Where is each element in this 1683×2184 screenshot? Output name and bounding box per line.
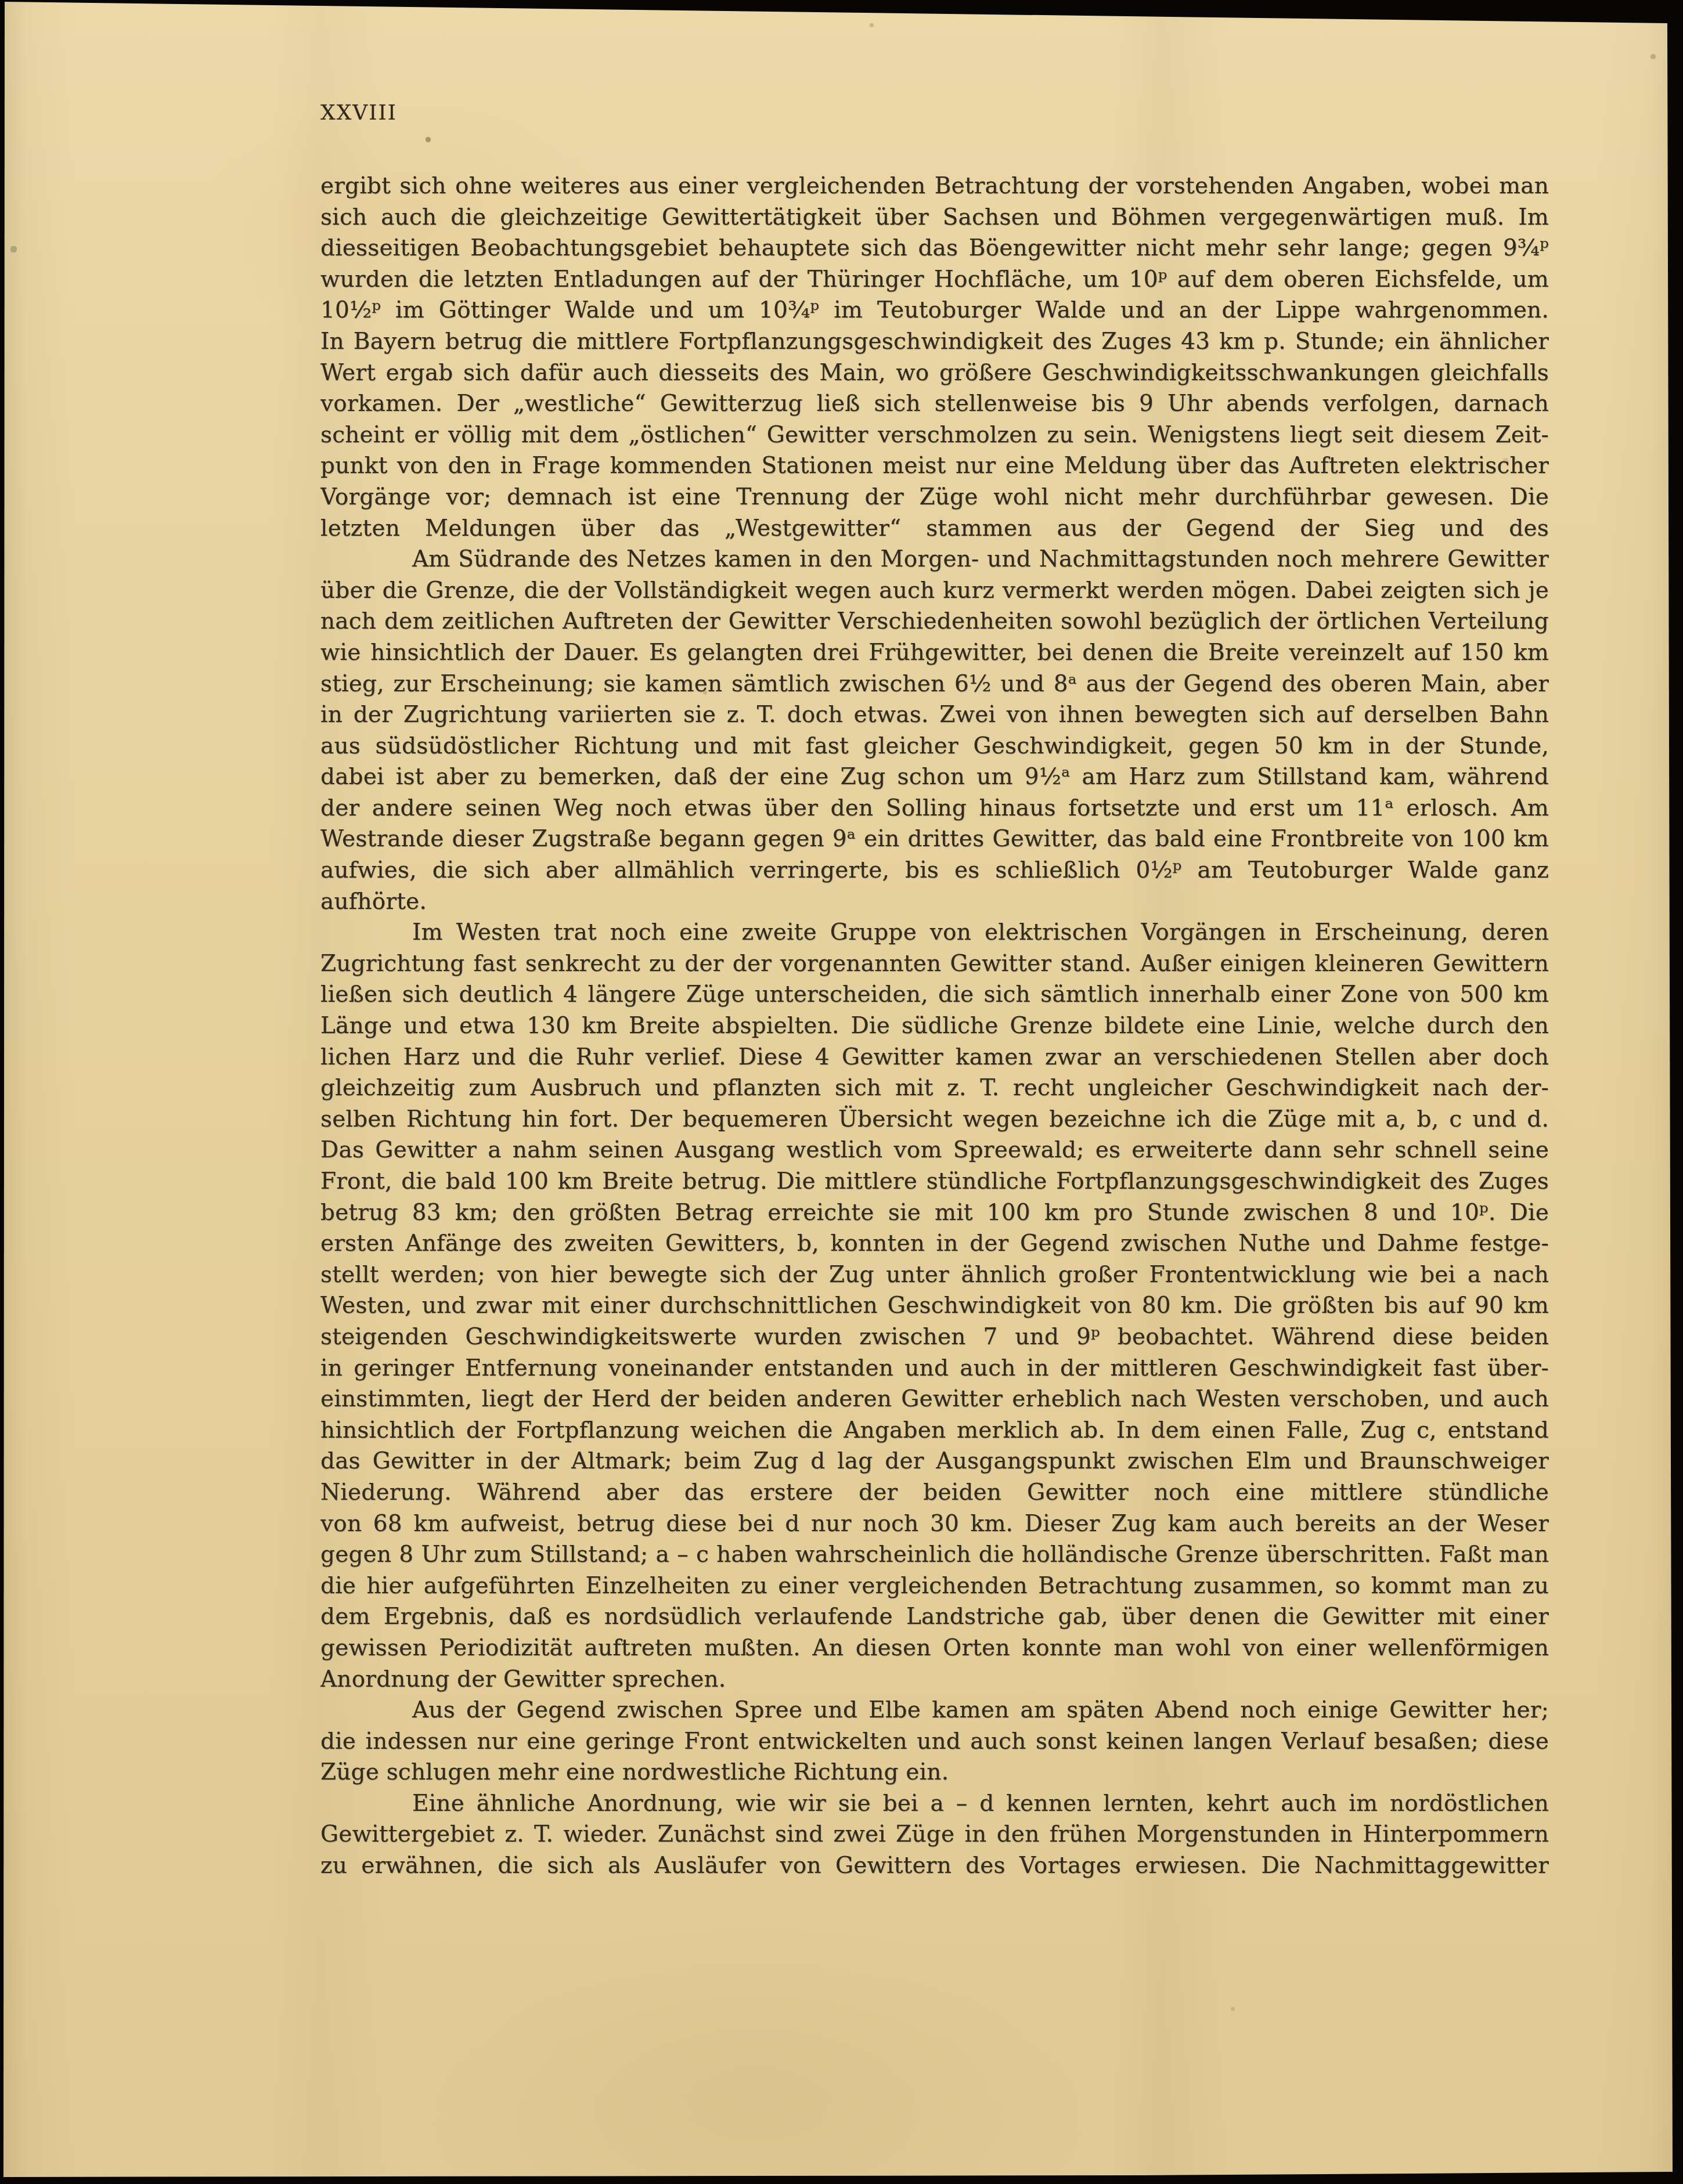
text-line: über die Grenze, die der Vollständigkeit…	[320, 575, 1549, 607]
text-line: in der Zugrichtung variierten sie z. T. …	[320, 699, 1549, 731]
text-line: wurden die letzten Entladungen auf der T…	[320, 264, 1549, 295]
text-line: dem Ergebnis, daß es nordsüdlich verlauf…	[320, 1601, 1549, 1633]
text-line: nach dem zeitlichen Auftreten der Gewitt…	[320, 606, 1549, 637]
text-line: einstimmten, liegt der Herd der beiden a…	[320, 1384, 1549, 1415]
text-line: lichen Harz und die Ruhr verlief. Diese …	[320, 1042, 1549, 1073]
text-line: Vorgänge vor; demnach ist eine Trennung …	[320, 482, 1549, 513]
text-line: zu erwähnen, die sich als Ausläufer von …	[320, 1850, 1549, 1882]
text-line: hinsichtlich der Fortpflanzung weichen d…	[320, 1415, 1549, 1446]
text-line: 10¹⁄₂ᵖ im Göttinger Walde und um 10³⁄₄ᵖ …	[320, 295, 1549, 326]
text-line: stellt werden; von hier bewegte sich der…	[320, 1259, 1549, 1291]
text-line: Das Gewitter a nahm seinen Ausgang westl…	[320, 1135, 1549, 1166]
text-line: aufwies, die sich aber allmählich verrin…	[320, 855, 1549, 886]
text-line: Zugrichtung fast senkrecht zu der der vo…	[320, 948, 1549, 980]
text-line: steigenden Geschwindigkeitswerte wurden …	[320, 1322, 1549, 1353]
text-line: Westen, und zwar mit einer durchschnittl…	[320, 1290, 1549, 1322]
text-line: Im Westen trat noch eine zweite Gruppe v…	[320, 917, 1549, 948]
text-line: punkt von den in Frage kommenden Station…	[320, 450, 1549, 482]
text-line: scheint er völlig mit dem „östlichen“ Ge…	[320, 420, 1549, 451]
text-line: das Gewitter in der Altmark; beim Zug d …	[320, 1446, 1549, 1477]
text-line: ließen sich deutlich 4 längere Züge unte…	[320, 979, 1549, 1010]
text-line: stieg, zur Erscheinung; sie kamen sämtli…	[320, 669, 1549, 700]
text-line: aus südsüdöstlicher Richtung und mit fas…	[320, 731, 1549, 762]
text-line: Front, die bald 100 km Breite betrug. Di…	[320, 1166, 1549, 1197]
text-line: gegen 8 Uhr zum Stillstand; a – c haben …	[320, 1539, 1549, 1571]
text-line: gleichzeitig zum Ausbruch und pflanzten …	[320, 1073, 1549, 1104]
text-body: ergibt sich ohne weiteres aus einer verg…	[320, 171, 1549, 1882]
paper-speck	[0, 0, 2, 2]
text-line: ergibt sich ohne weiteres aus einer verg…	[320, 171, 1549, 202]
text-line: Am Südrande des Netzes kamen in den Morg…	[320, 544, 1549, 575]
text-line: wie hinsichtlich der Dauer. Es gelangten…	[320, 637, 1549, 669]
text-line: Länge und etwa 130 km Breite abspielten.…	[320, 1010, 1549, 1042]
text-line: letzten Meldungen über das „Westgewitter…	[320, 513, 1549, 544]
text-line: die hier aufgeführten Einzelheiten zu ei…	[320, 1571, 1549, 1602]
text-line: Wert ergab sich dafür auch diesseits des…	[320, 358, 1549, 389]
text-line: dabei ist aber zu bemerken, daß der eine…	[320, 761, 1549, 793]
text-line: sich auch die gleichzeitige Gewittertäti…	[320, 202, 1549, 233]
text-line: in geringer Entfernung voneinander entst…	[320, 1353, 1549, 1384]
text-line: gewissen Periodizität auftreten mußten. …	[320, 1633, 1549, 1664]
text-line: Niederung. Während aber das erstere der …	[320, 1477, 1549, 1508]
text-line: betrug 83 km; den größten Betrag erreich…	[320, 1197, 1549, 1229]
text-line: Westrande dieser Zugstraße begann gegen …	[320, 824, 1549, 855]
text-line: der andere seinen Weg noch etwas über de…	[320, 793, 1549, 824]
scan-background: { "page": { "number": "XXVIII", "paper_c…	[0, 0, 1683, 2184]
text-line: aufhörte.	[320, 886, 1549, 918]
text-line: Eine ähnliche Anordnung, wie wir sie bei…	[320, 1788, 1549, 1820]
text-line: selben Richtung hin fort. Der bequemeren…	[320, 1104, 1549, 1135]
text-line: vorkamen. Der „westliche“ Gewitterzug li…	[320, 388, 1549, 420]
text-line: von 68 km aufweist, betrug diese bei d n…	[320, 1508, 1549, 1540]
text-line: Gewittergebiet z. T. wieder. Zunächst si…	[320, 1819, 1549, 1850]
text-line: Aus der Gegend zwischen Spree und Elbe k…	[320, 1695, 1549, 1726]
text-line: Züge schlugen mehr eine nordwestliche Ri…	[320, 1757, 1549, 1788]
text-line: ersten Anfänge des zweiten Gewitters, b,…	[320, 1228, 1549, 1259]
text-line: diesseitigen Beobachtungsgebiet behaupte…	[320, 233, 1549, 264]
text-line: Anordnung der Gewitter sprechen.	[320, 1664, 1549, 1695]
page: XXVIII ergibt sich ohne weiteres aus ein…	[0, 0, 1683, 2184]
text-line: In Bayern betrug die mittlere Fortpflanz…	[320, 326, 1549, 358]
page-number: XXVIII	[320, 101, 397, 125]
text-line: die indessen nur eine geringe Front entw…	[320, 1726, 1549, 1757]
